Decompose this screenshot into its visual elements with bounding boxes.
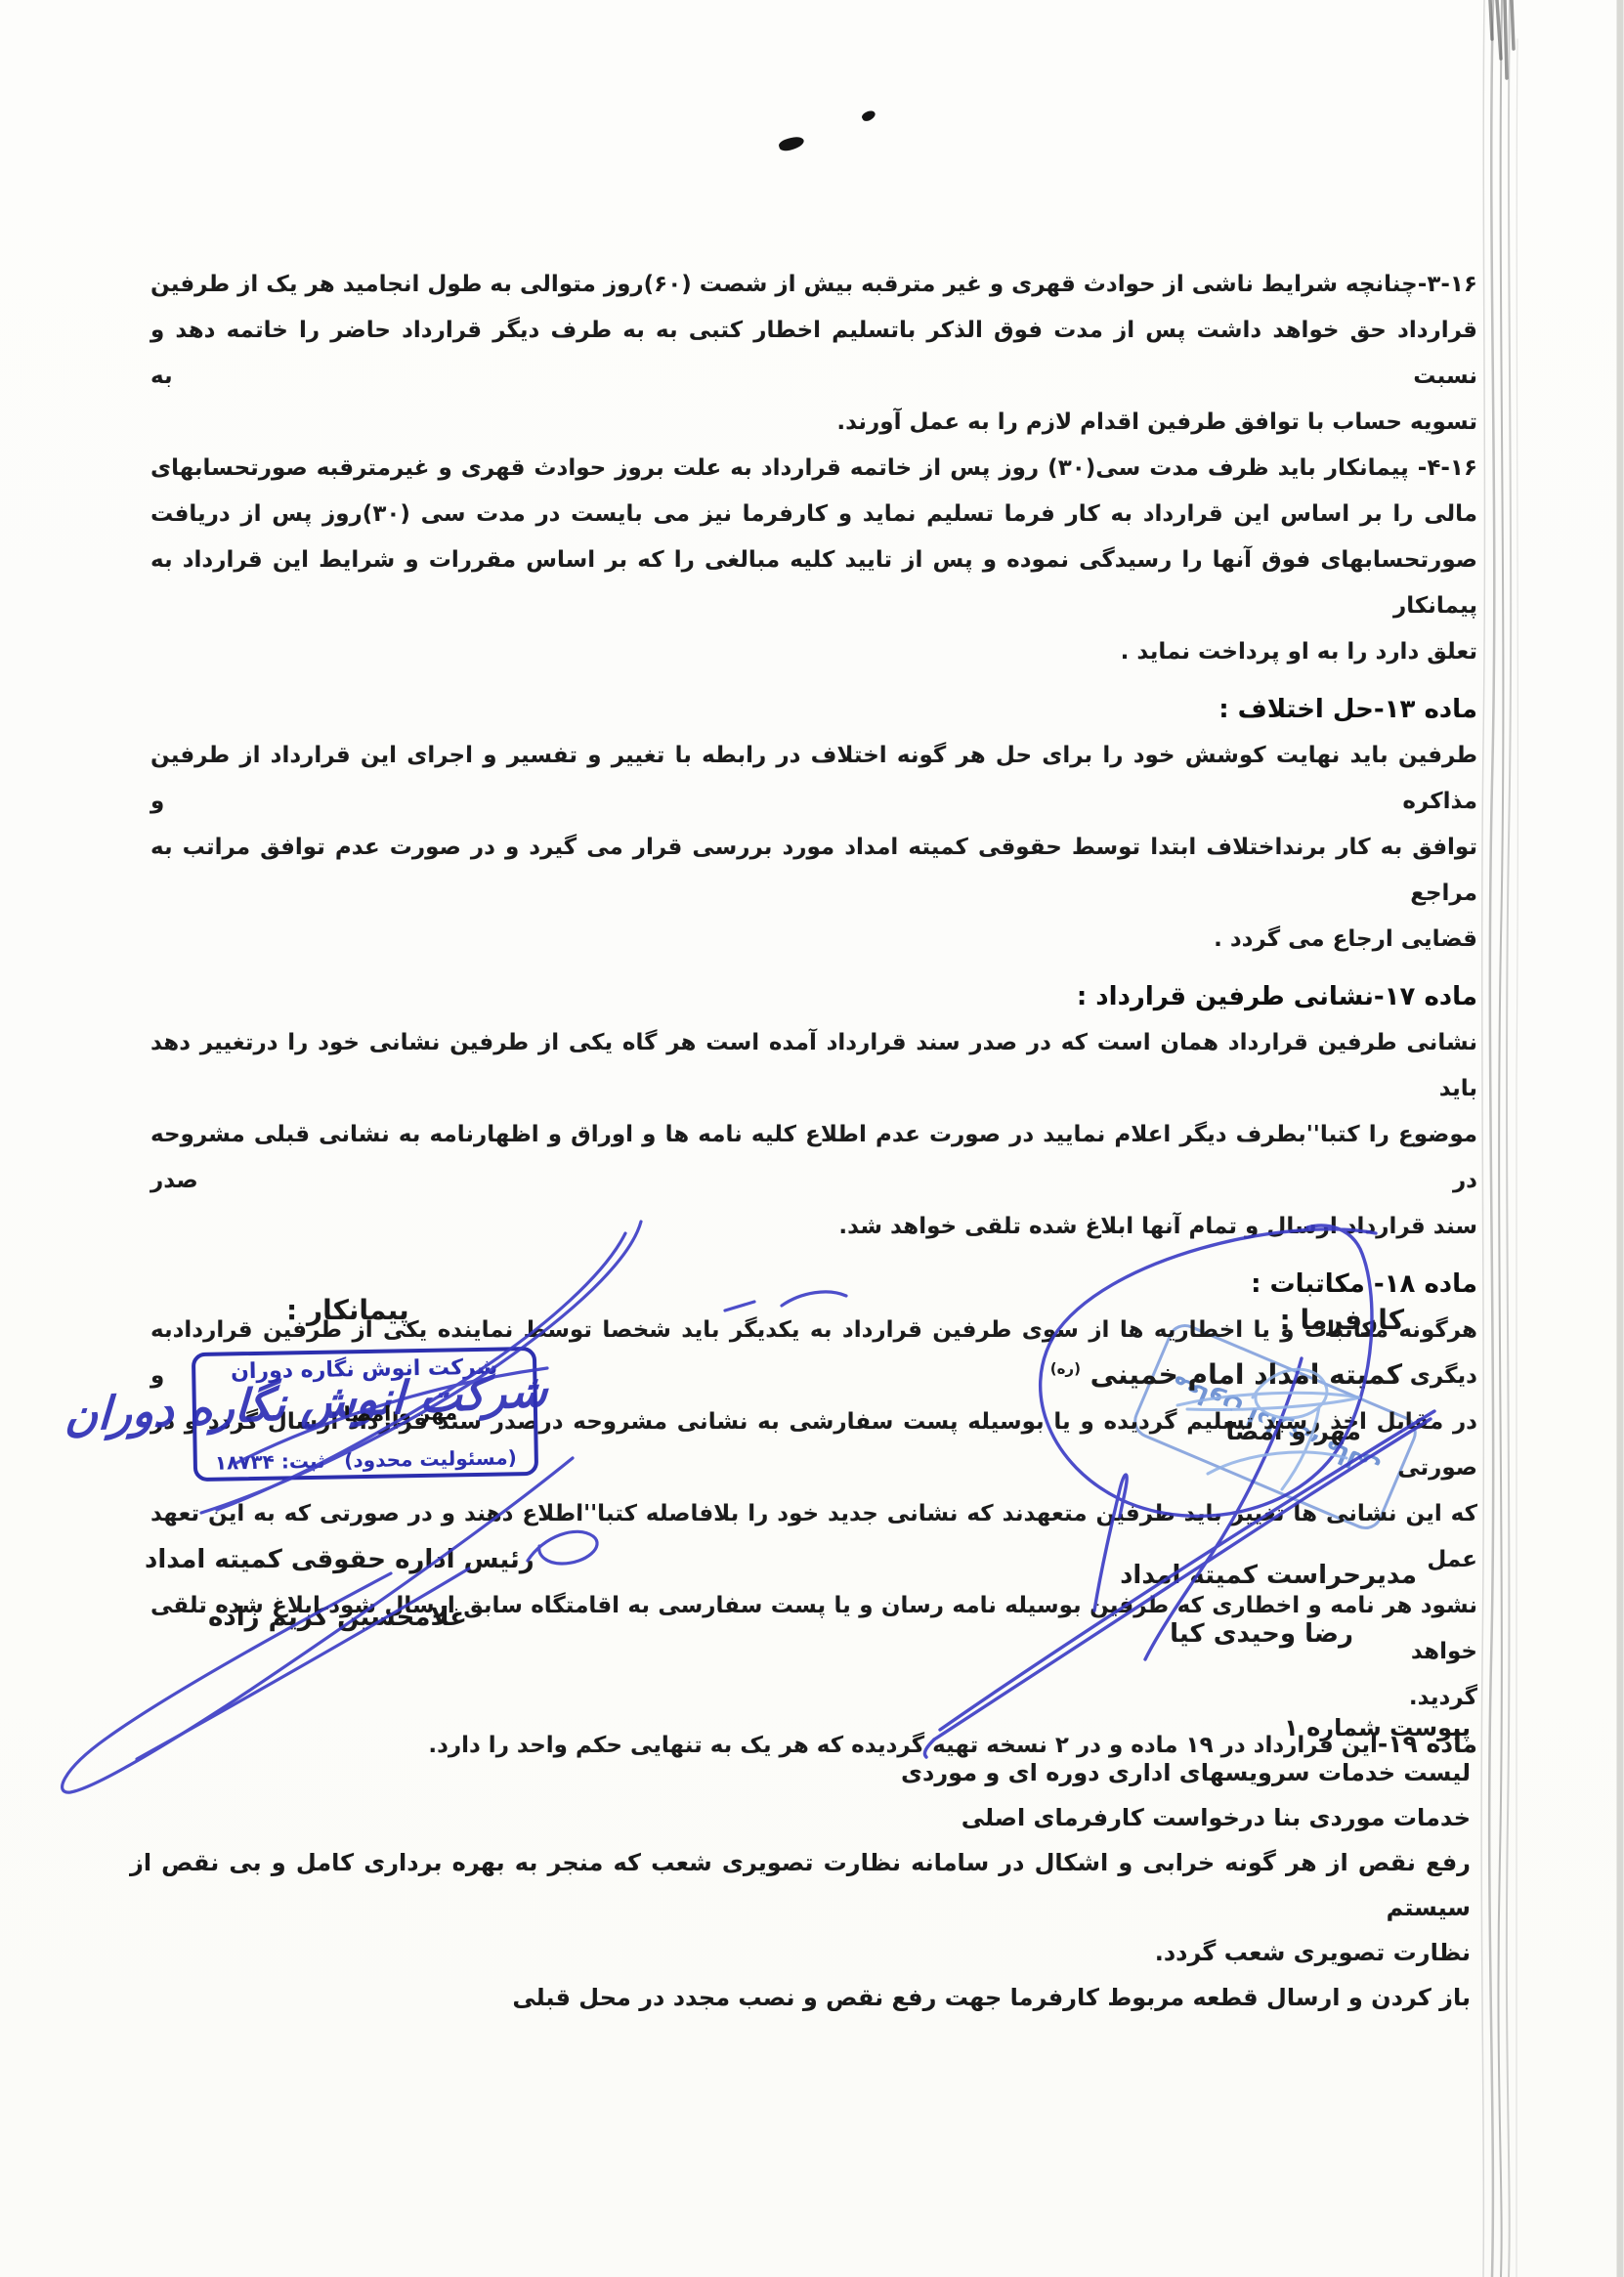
employer-org-honorific: (ره) [1050, 1360, 1081, 1378]
clause-16-4: ۴-۱۶- پیمانکار باید ظرف مدت سی(۳۰) روز پ… [150, 446, 1477, 675]
company-liability-type: (مسئولیت محدود) [344, 1445, 517, 1472]
clause-16-3: ۳-۱۶-چنانچه شرایط ناشی از حوادث قهری و غ… [150, 262, 1477, 446]
employer-signer-title: مدیرحراست کمیته امداد [1120, 1561, 1417, 1590]
attachment-line: لیست خدمات سرویسهای اداری دوره ای و مورد… [130, 1750, 1471, 1795]
contract-line: ۴-۱۶- پیمانکار باید ظرف مدت سی(۳۰) روز پ… [150, 446, 1477, 492]
contract-line: مالی را بر اساس این قرارداد به کار فرما … [150, 492, 1477, 537]
contract-line: تسویه حساب با توافق طرفین اقدام لازم را … [150, 400, 1477, 446]
contractor-company-stamp: شرکت انوش نگاره دوران شرکت انوش نگاره دو… [192, 1347, 538, 1482]
employer-label: کارفرما : [1280, 1304, 1404, 1336]
attachment-line: نظارت تصویری شعب گردد. [130, 1930, 1471, 1975]
scanned-contract-page: ۳-۱۶-چنانچه شرایط ناشی از حوادث قهری و غ… [0, 0, 1624, 2277]
ink-speck [861, 108, 877, 123]
contract-line: قرارداد حق خواهد داشت پس از مدت فوق الذک… [150, 308, 1477, 400]
contract-line: توافق به کار برنداختلاف ابتدا توسط حقوقی… [150, 825, 1477, 917]
contract-line: نشانی طرفین قرارداد همان است که در صدر س… [150, 1020, 1477, 1112]
ink-speck [778, 134, 805, 152]
contractor-signer-title: رئیس اداره حقوقی کمیته امداد [145, 1545, 534, 1574]
contractor-signer-name: غلامحسین کریم زاده [208, 1603, 467, 1632]
employer-organization: کمیته امداد امام خمینی (ره) [1050, 1358, 1402, 1391]
attachment-section: پیوست شماره ۱ لیست خدمات سرویسهای اداری … [130, 1705, 1471, 2020]
article-17-heading: ماده ۱۷-نشانی طرفین قرارداد : [150, 974, 1477, 1020]
attachment-line: رفع نقص از هر گونه خرابی و اشکال در ساما… [130, 1840, 1471, 1930]
article-13-heading: ماده ۱۳-حل اختلاف : [150, 687, 1477, 733]
contract-line: سند قرارداد ارسال و تمام آنها ابلاغ شده … [150, 1204, 1477, 1250]
article-17-body: نشانی طرفین قرارداد همان است که در صدر س… [150, 1020, 1477, 1250]
employer-seal-note: مهر و امضا [1225, 1417, 1361, 1445]
attachment-line: پیوست شماره ۱ [130, 1705, 1471, 1750]
contract-line: صورتحسابهای فوق آنها را رسیدگی نموده و پ… [150, 537, 1477, 629]
contract-line: ۳-۱۶-چنانچه شرایط ناشی از حوادث قهری و غ… [150, 262, 1477, 308]
contractor-seal-note: مهر و امضا [343, 1400, 457, 1426]
contract-body: ۳-۱۶-چنانچه شرایط ناشی از حوادث قهری و غ… [150, 262, 1477, 1769]
article-13-body: طرفین باید نهایت کوشش خود را برای حل هر … [150, 733, 1477, 963]
contractor-label: پیمانکار : [286, 1294, 409, 1326]
attachment-line: خدمات موردی بنا درخواست کارفرمای اصلی [130, 1795, 1471, 1840]
employer-org-name: کمیته امداد امام خمینی [1090, 1358, 1402, 1391]
contract-line: قضایی ارجاع می گردد . [150, 917, 1477, 963]
attachment-line: باز کردن و ارسال قطعه مربوط کارفرما جهت … [130, 1975, 1471, 2020]
employer-signer-name: رضا وحیدی کیا [1170, 1619, 1353, 1649]
contract-line: تعلق دارد را به او پرداخت نماید . [150, 629, 1477, 675]
company-registration-number: ثبت: ۱۸۷۳۴ [215, 1449, 325, 1475]
company-stamp-registration: (مسئولیت محدود) ثبت: ۱۸۷۳۴ [197, 1445, 534, 1475]
contract-line: موضوع را کتبا''بطرف دیگر اعلام نمایید در… [150, 1112, 1477, 1204]
contract-line: طرفین باید نهایت کوشش خود را برای حل هر … [150, 733, 1477, 825]
